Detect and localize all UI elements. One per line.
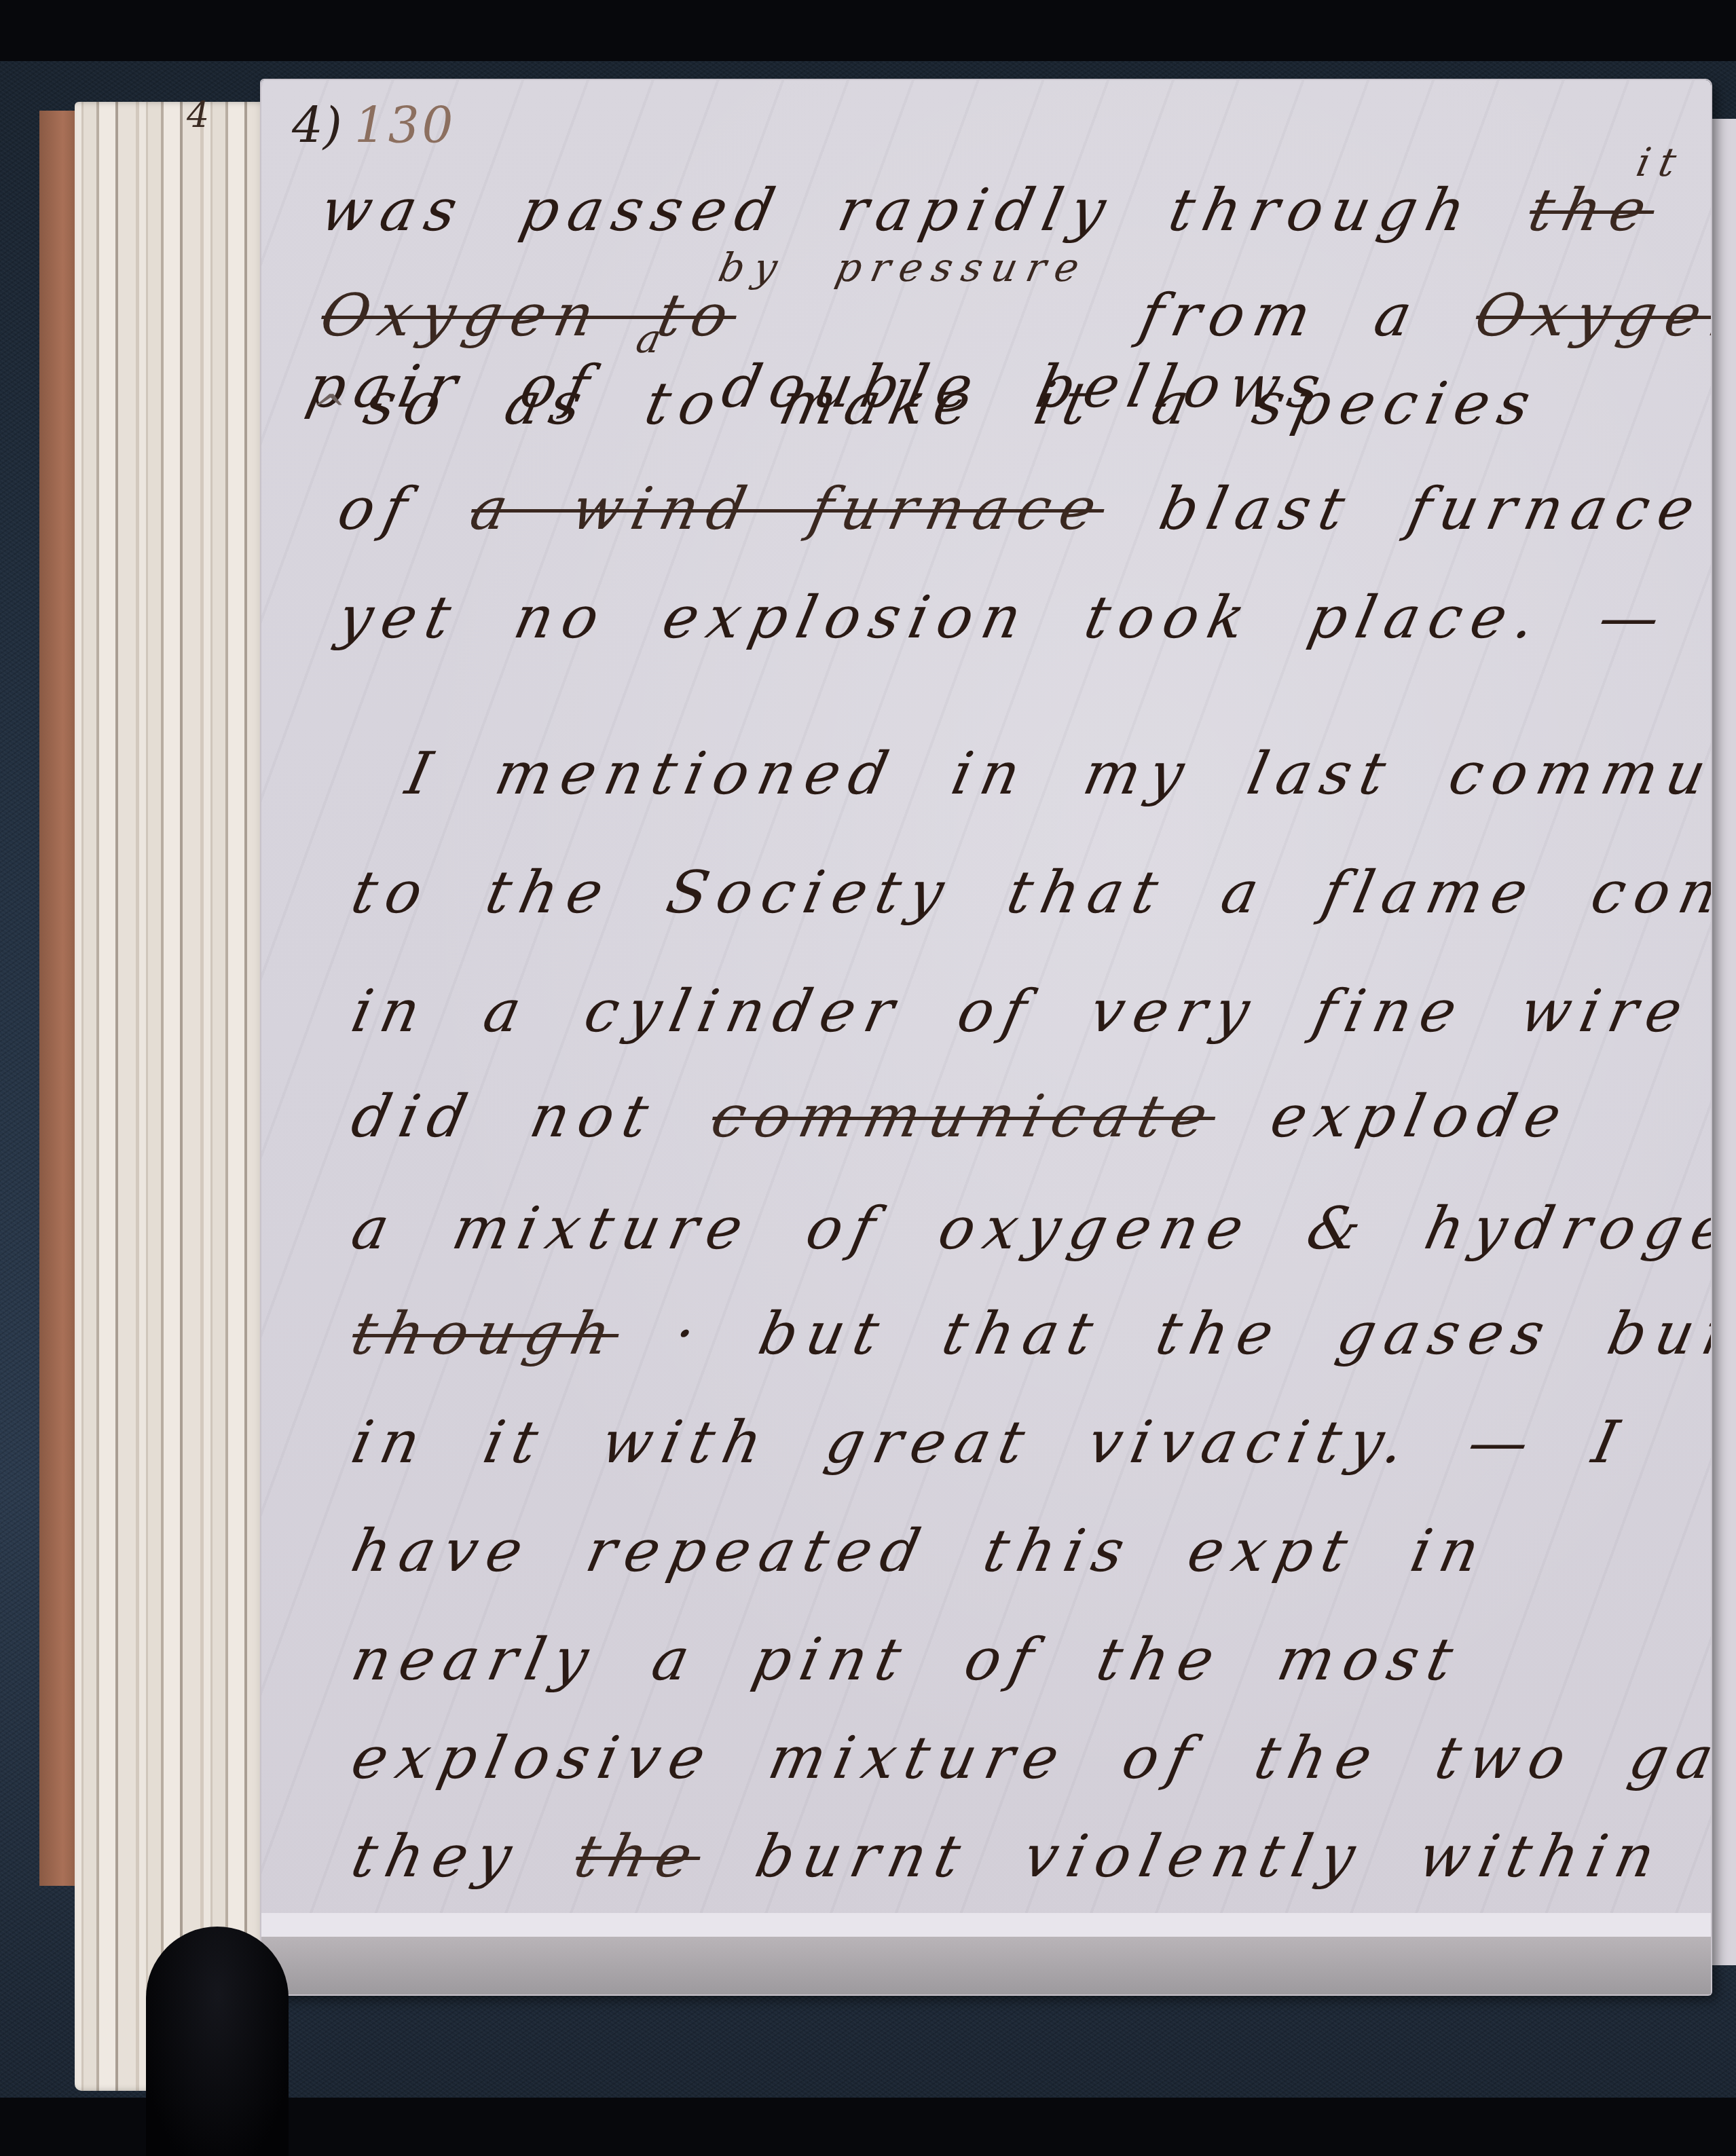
dark-background-top (0, 0, 1736, 64)
line-text: yet no explosion took place. — (332, 584, 1675, 652)
manuscript-line: a mixture of oxygene & hydrogene (346, 1195, 1711, 1263)
struck-word: Oxygen (1469, 282, 1711, 350)
manuscript-line: have repeated this expt in (346, 1517, 1494, 1585)
line-text: did not (346, 1083, 720, 1151)
manuscript-line: in it with great vivacity. — I (346, 1409, 1633, 1476)
line-text: in a cylinder of very fine wire gauze (346, 978, 1711, 1045)
manuscript-line: I mentioned in my last communication (400, 740, 1711, 808)
line-text: blast furnace (1097, 475, 1710, 543)
line-text: was passed rapidly through (315, 176, 1538, 244)
line-text: explosive mixture of the two gases; (346, 1724, 1711, 1792)
manuscript-line: was passed rapidly through theit cylinde… (315, 139, 1711, 244)
line-text: in it with great vivacity. — I (346, 1409, 1633, 1476)
page-bottom-edges (261, 1899, 1711, 1994)
line-text: of (332, 475, 479, 543)
line-text: burnt violently within the (693, 1823, 1711, 1891)
page-edge-stack (75, 102, 272, 2091)
board-edge (39, 111, 79, 1886)
folio-ink-number: 4) (292, 97, 342, 154)
manuscript-line: explosive mixture of the two gases; (346, 1724, 1711, 1792)
manuscript-line: nearly a pint of the most (346, 1626, 1468, 1694)
manuscript-line: yet no explosion took place. — (332, 584, 1675, 652)
line-text: have repeated this expt in (346, 1517, 1494, 1585)
inserted-word: by pressure (715, 244, 1093, 291)
line-text: I mentioned in my last communication (400, 740, 1711, 808)
stack-folio-fragment: 4 (187, 95, 209, 136)
struck-word: communicate (705, 1083, 1222, 1151)
manuscript-line: in a cylinder of very fine wire gauze (346, 978, 1711, 1045)
struck-word: the (569, 1823, 707, 1891)
line-text: so as to make it a species (358, 370, 1546, 438)
manuscript-line: they the burnt violently within the (346, 1823, 1711, 1891)
manuscript-line: did not communicate explode (346, 1083, 1576, 1151)
manuscript-line: of a wind furnace blast furnace (332, 475, 1710, 543)
facing-page-edge (1707, 119, 1736, 1965)
insertion-caret-mark: ^ (306, 386, 360, 434)
line-text: to the Society that a flame confined (346, 859, 1711, 927)
inserted-word: a (632, 316, 675, 362)
line-text: · but that the gases burnt (612, 1300, 1711, 1368)
line-text: they (346, 1823, 583, 1891)
manuscript-line: ^so as to make it a species (305, 370, 1545, 438)
struck-word: though (346, 1300, 626, 1368)
manuscript-page: 4)130 was passed rapidly through theit c… (261, 80, 1711, 1994)
manuscript-line: to the Society that a flame confined (346, 859, 1711, 927)
line-text: a mixture of oxygene & hydrogene (346, 1195, 1711, 1263)
holder-thumb (146, 1927, 289, 2156)
line-text: cylinder (1674, 176, 1711, 244)
inserted-word: it (1633, 139, 1690, 185)
struck-word: a wind furnace (464, 475, 1111, 543)
struck-word: the (1523, 176, 1661, 244)
manuscript-line: though · but that the gases burnt (346, 1300, 1711, 1368)
line-text: nearly a pint of the most (346, 1626, 1468, 1694)
line-text: explode (1208, 1083, 1576, 1151)
